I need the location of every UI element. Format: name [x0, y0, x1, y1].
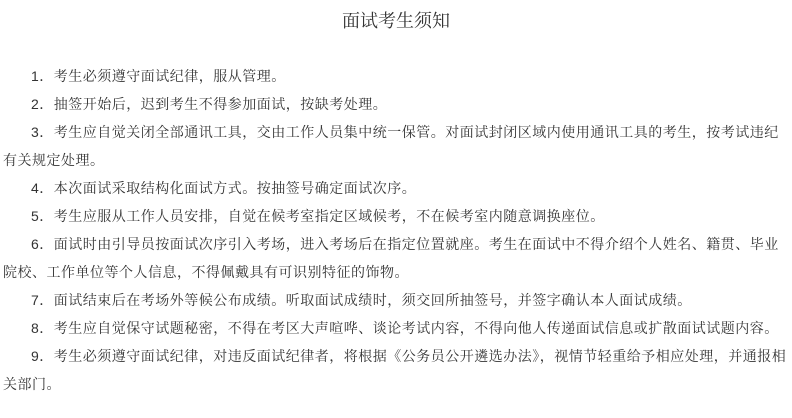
- notice-body: 1．考生必须遵守面试纪律，服从管理。 2．抽签开始后，迟到考生不得参加面试，按缺…: [3, 62, 789, 398]
- notice-item-5: 5．考生应服从工作人员安排，自觉在候考室指定区域候考，不在候考室内随意调换座位。: [3, 202, 789, 230]
- notice-item-1: 1．考生必须遵守面试纪律，服从管理。: [3, 62, 789, 90]
- notice-item-9: 9．考生必须遵守面试纪律，对违反面试纪律者，将根据《公务员公开遴选办法》，视情节…: [3, 342, 789, 398]
- notice-item-3: 3．考生应自觉关闭全部通讯工具，交由工作人员集中统一保管。对面试封闭区域内使用通…: [3, 118, 789, 174]
- notice-item-7: 7．面试结束后在考场外等候公布成绩。听取面试成绩时，须交回所抽签号，并签字确认本…: [3, 286, 789, 314]
- notice-item-2: 2．抽签开始后，迟到考生不得参加面试，按缺考处理。: [3, 90, 789, 118]
- notice-item-6: 6．面试时由引导员按面试次序引入考场，进入考场后在指定位置就座。考生在面试中不得…: [3, 230, 789, 286]
- notice-item-4: 4．本次面试采取结构化面试方式。按抽签号确定面试次序。: [3, 174, 789, 202]
- notice-page: 面试考生须知 1．考生必须遵守面试纪律，服从管理。 2．抽签开始后，迟到考生不得…: [0, 0, 792, 418]
- notice-item-8: 8．考生应自觉保守试题秘密，不得在考区大声喧哗、谈论考试内容，不得向他人传递面试…: [3, 314, 789, 342]
- page-title: 面试考生须知: [3, 7, 789, 35]
